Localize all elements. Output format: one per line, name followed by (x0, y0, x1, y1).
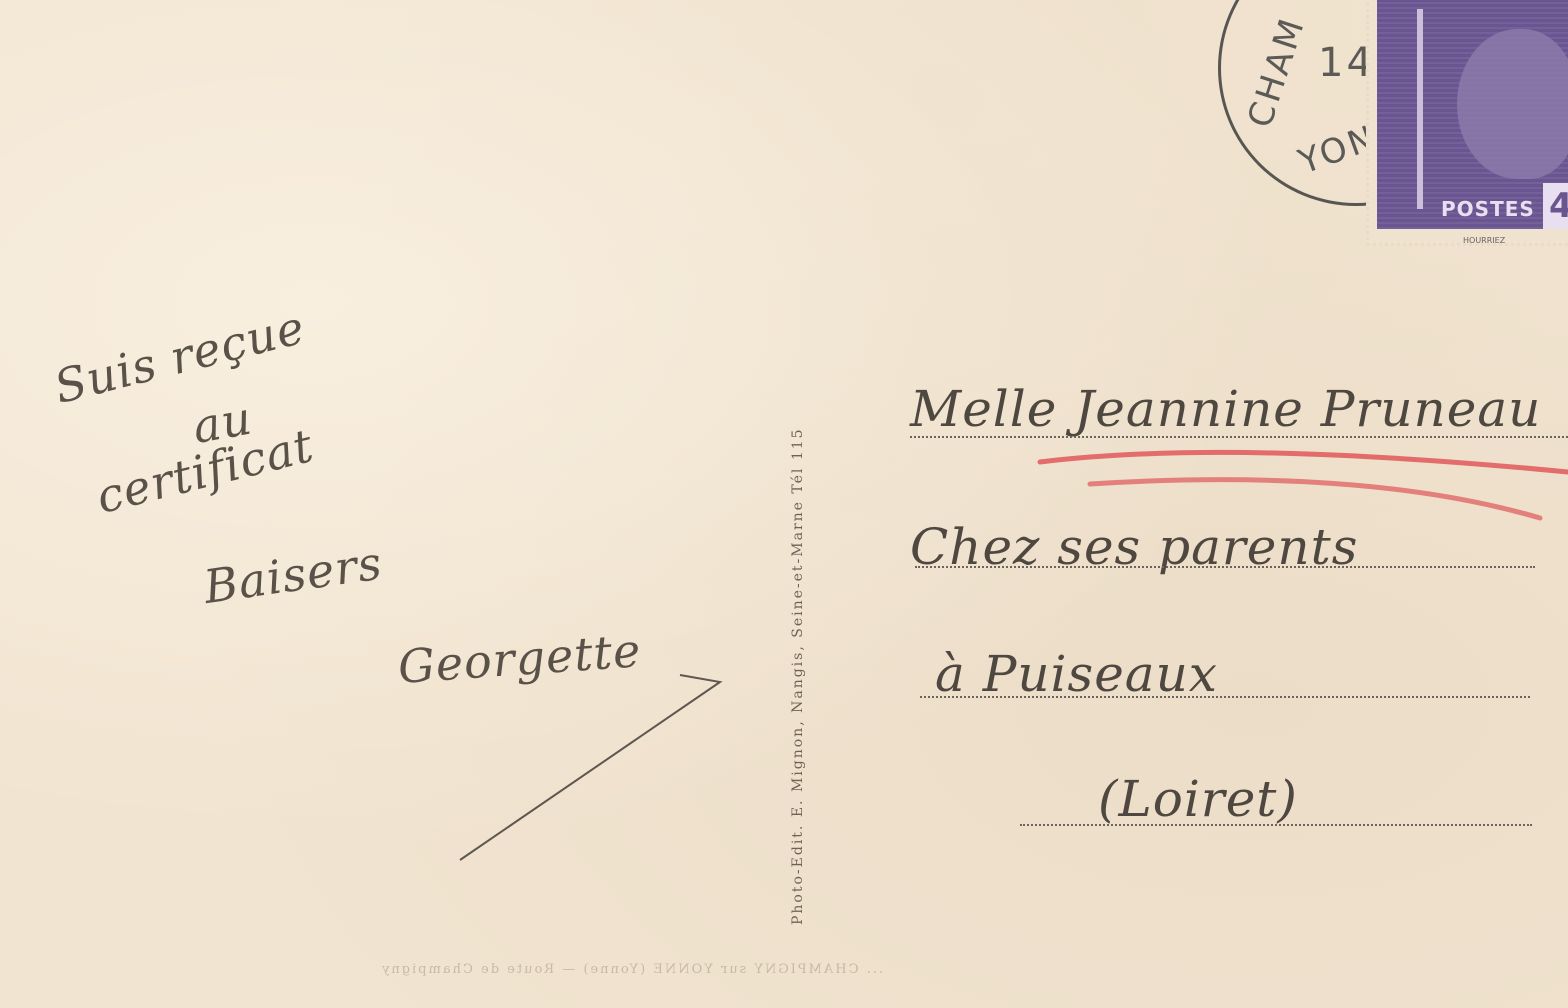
signature: Georgette (396, 623, 643, 694)
stamp-value: 40 (1543, 183, 1568, 229)
address-rule-2 (915, 566, 1535, 568)
address-rule-3 (920, 696, 1530, 698)
mercury-head-icon (1457, 29, 1568, 179)
message-line-4: Baisers (200, 536, 385, 614)
publisher-imprint: Photo-Edit. E. Mignon, Nangis, Seine-et-… (790, 427, 806, 925)
postage-stamp: POSTES 40 HOURRIEZ (1366, 0, 1568, 246)
address-rule-1 (910, 436, 1568, 438)
stamp-engraver: HOURRIEZ (1463, 236, 1505, 245)
bleed-through-caption: ... CHAMPIGNY sur YONNE (Yonne) — Route … (380, 962, 883, 977)
stamp-design: POSTES 40 (1377, 0, 1568, 229)
signature-flourish (440, 670, 730, 870)
address-recipient: Melle Jeannine Pruneau (910, 380, 1541, 438)
red-underline (1030, 440, 1568, 530)
address-rule-4 (1020, 824, 1532, 826)
address-line-4: (Loiret) (1098, 770, 1298, 828)
address-line-3: à Puiseaux (935, 645, 1218, 703)
stamp-label: POSTES (1441, 197, 1535, 221)
caduceus-icon (1417, 9, 1423, 209)
message-line-1: Suis reçue (49, 300, 310, 414)
